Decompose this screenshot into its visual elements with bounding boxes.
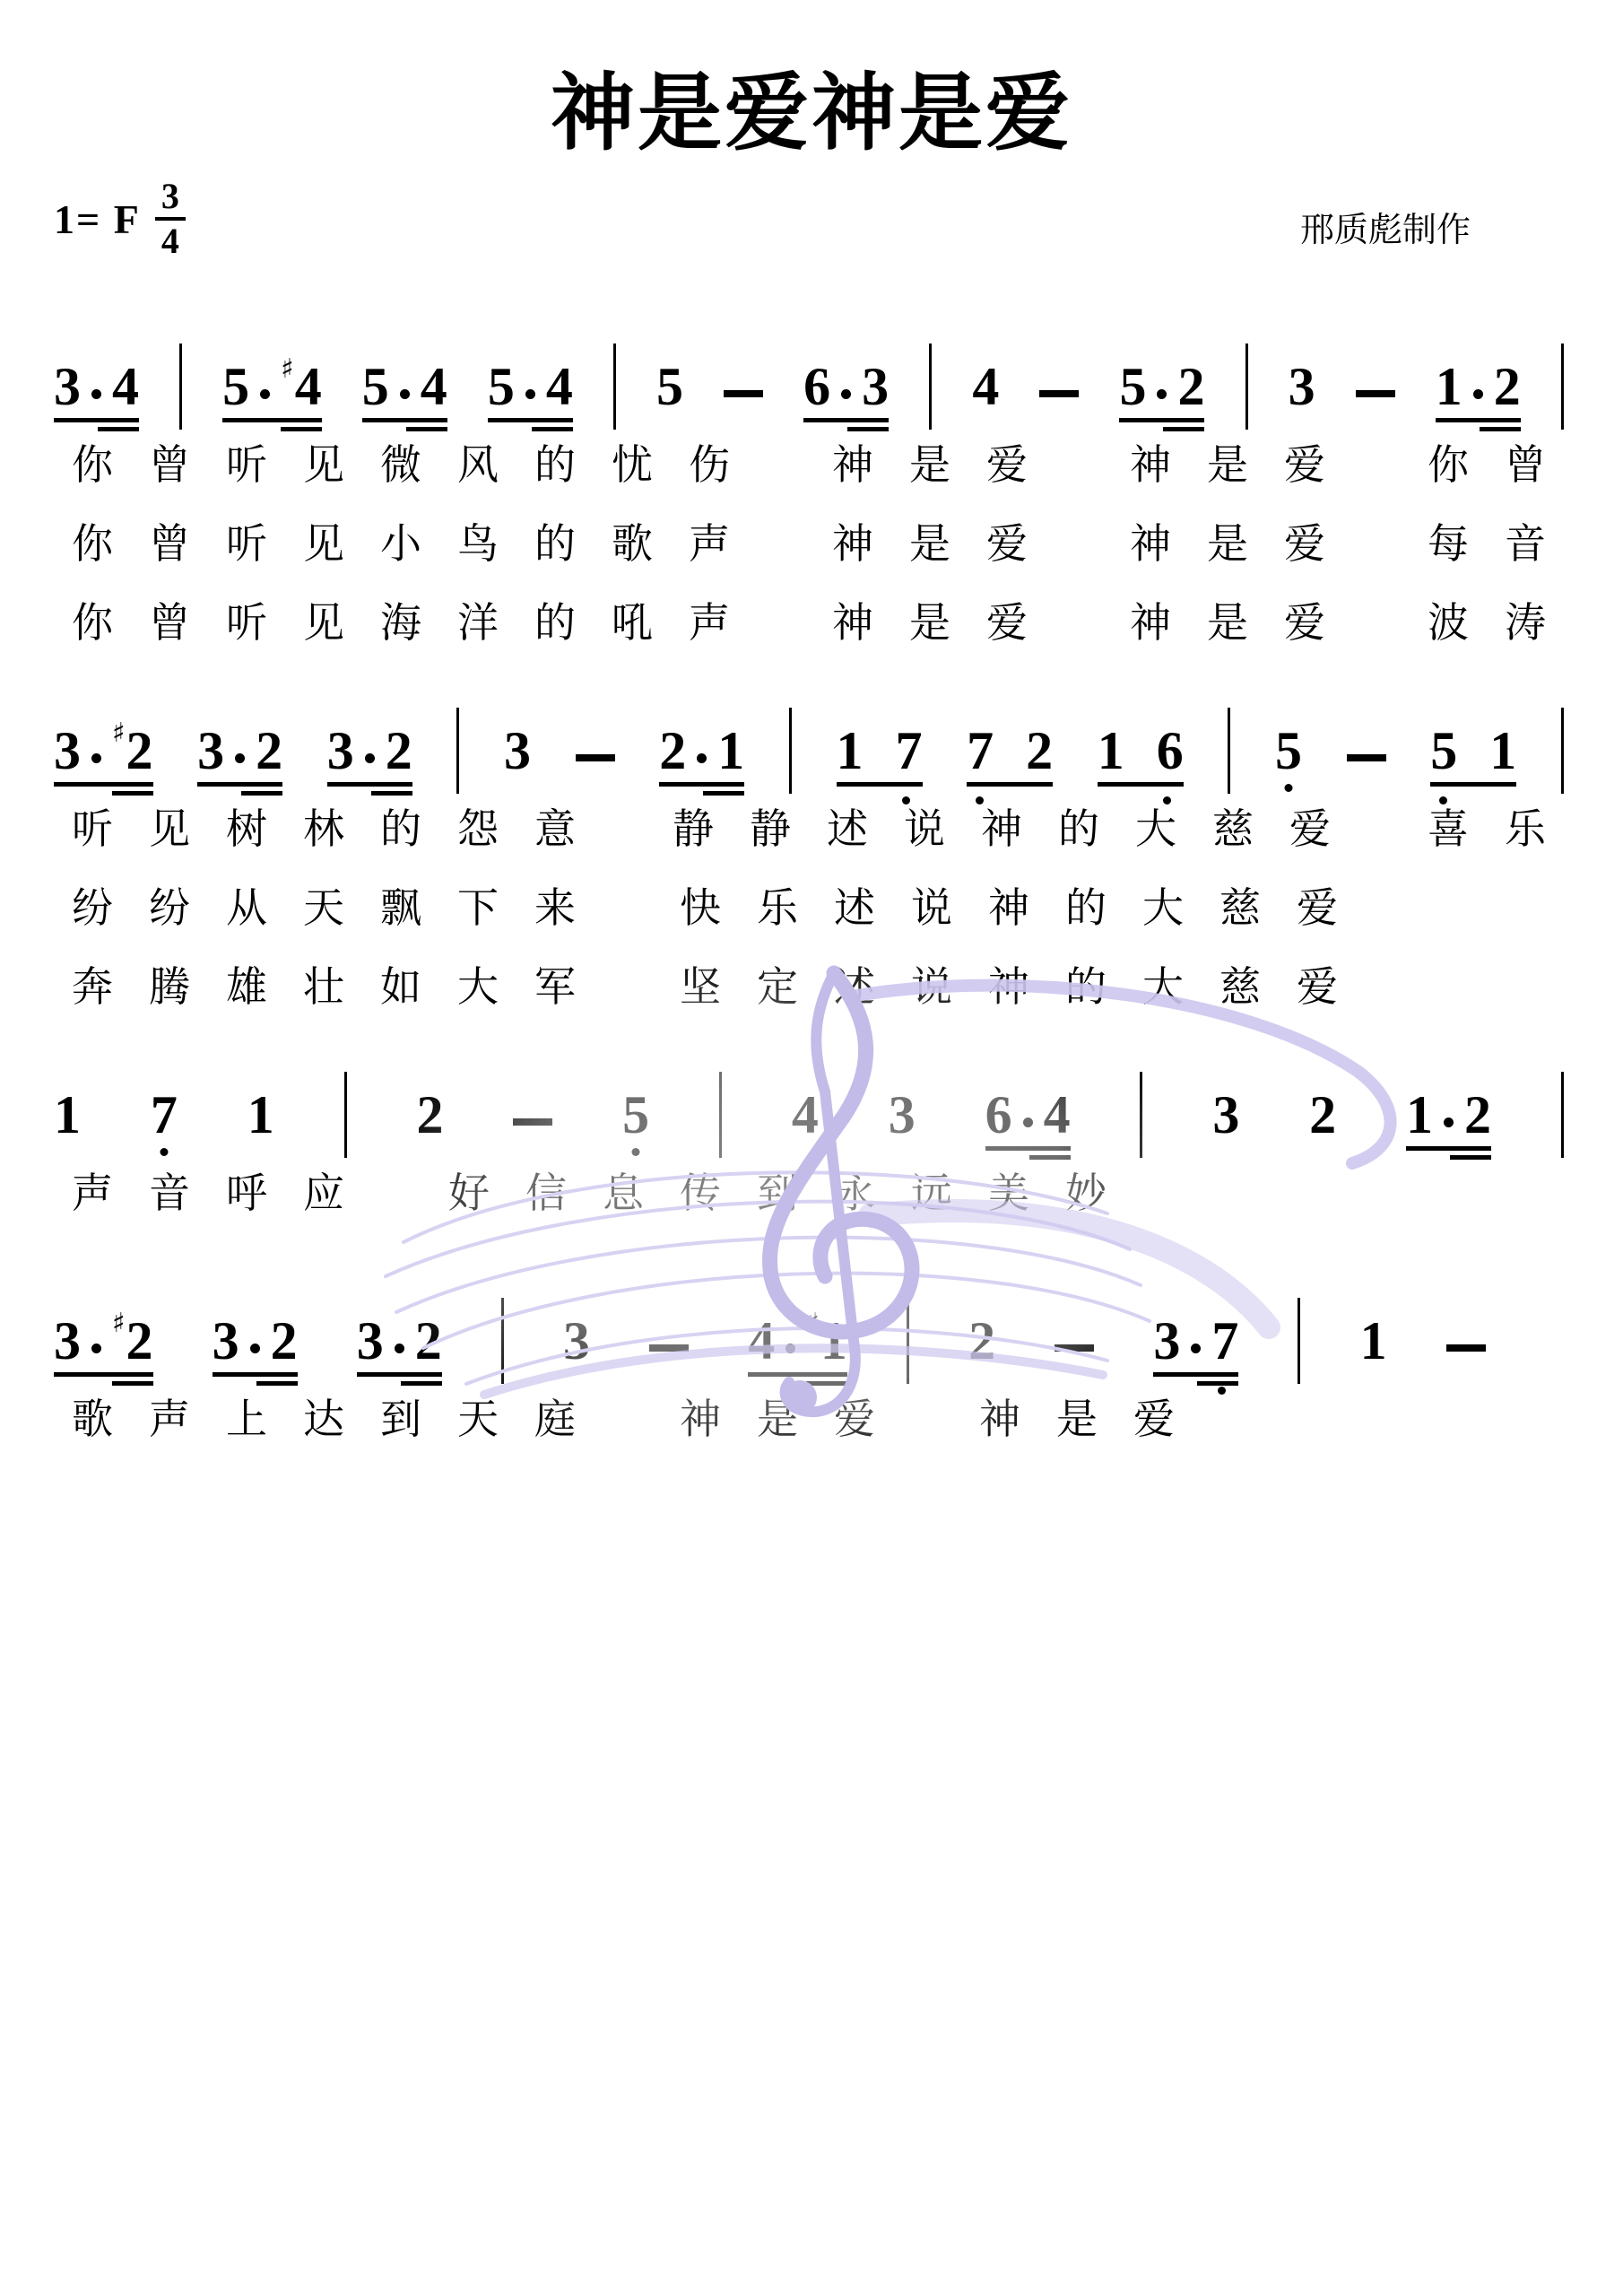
lyric-char: 爱 [1279, 964, 1356, 1010]
lyric-phrase: 你曾听见微风的忧伤 [54, 442, 748, 488]
lyric-row-1-2: 你曾听见小鸟的歌声神是爱神是爱每音 [54, 516, 1564, 571]
lyric-char: 爱 [1271, 806, 1349, 852]
barline [1228, 708, 1230, 794]
lyric-char: 应 [285, 1170, 362, 1216]
key-signature: 1= F [54, 196, 141, 243]
lyric-char: 歌 [594, 521, 671, 567]
note: 2 [1309, 1088, 1336, 1151]
lyric-char: 是 [1038, 1396, 1115, 1442]
lyric-char: 爱 [1266, 600, 1343, 646]
note-number: 4 [295, 360, 322, 413]
lyric-char: 林 [285, 806, 362, 852]
sixteenth-beam [371, 791, 412, 796]
sheet-music-page: 神是爱神是爱 1= F 3 4 邢质彪制作 345♯45454563452312… [0, 0, 1623, 2296]
note-number: 3 [54, 1314, 81, 1368]
lyric-char: 神 [970, 885, 1047, 931]
beamed-note-pair: 16 [1098, 724, 1184, 787]
lyric-char: 大 [1117, 806, 1194, 852]
lyric-char: 信 [508, 1170, 585, 1216]
dash-note [1356, 390, 1395, 422]
dotted-note-pair: 21 [659, 724, 744, 787]
note-number: 1 [1436, 360, 1462, 413]
low-octave-dot [632, 1148, 640, 1156]
barline [613, 344, 616, 430]
lyric-char: 声 [671, 600, 748, 646]
music-line-3: 1712543643212 [54, 1059, 1564, 1151]
note-number: 1 [1360, 1314, 1387, 1368]
note: 1 [247, 1088, 274, 1151]
dash-note [1446, 1344, 1486, 1377]
note-number: 3 [889, 1088, 916, 1142]
lyric-phrase: 喜乐 [1410, 806, 1564, 852]
sixteenth-beam [1163, 427, 1204, 431]
lyric-char: 是 [891, 600, 968, 646]
dotted-note-pair: 54 [488, 360, 573, 422]
note-number: 3 [54, 724, 81, 778]
barline [179, 344, 182, 430]
barline [1245, 344, 1248, 430]
lyric-char: 音 [1487, 521, 1564, 567]
lyric-char: 纷 [131, 885, 208, 931]
time-signature: 3 4 [155, 178, 186, 259]
note: 4 [972, 360, 999, 422]
augmentation-dot [1023, 1118, 1033, 1127]
sixteenth-beam [1029, 1155, 1071, 1160]
lyric-phrase: 神是爱 [1112, 521, 1343, 567]
note-number: 2 [415, 1314, 442, 1368]
lyric-char: 的 [1047, 885, 1124, 931]
sixteenth-beam [806, 1381, 847, 1386]
lyric-char: 神 [814, 521, 891, 567]
lyric-char: 静 [655, 806, 732, 852]
note-number: 4 [748, 1314, 775, 1368]
lyric-char: 雄 [208, 964, 285, 1010]
lyric-char: 是 [1189, 521, 1266, 567]
lyric-char: 的 [362, 806, 439, 852]
dotted-note-pair: 52 [1119, 360, 1204, 422]
time-signature-top: 3 [161, 178, 179, 214]
lyric-char: 你 [54, 521, 131, 567]
note-number: 2 [126, 724, 153, 778]
lyric-char: 大 [1124, 885, 1202, 931]
credit-text: 邢质彪制作 [1300, 202, 1471, 251]
note-number: 6 [1157, 724, 1184, 778]
lyric-char: 音 [131, 1170, 208, 1216]
lyric-phrase: 神是爱 [814, 442, 1046, 488]
barline [1298, 1298, 1300, 1384]
barline [1561, 1072, 1564, 1158]
note-number: 1 [837, 724, 864, 778]
lyric-char: 来 [516, 885, 594, 931]
lyric-char: 神 [961, 1396, 1038, 1442]
lyric-char: 风 [439, 442, 516, 488]
dash-note [724, 390, 763, 422]
lyric-char: 慈 [1202, 964, 1279, 1010]
lyric-char: 爱 [1266, 442, 1343, 488]
augmentation-dot [1473, 389, 1483, 399]
dotted-note-pair: 12 [1406, 1088, 1491, 1151]
lyric-char: 慈 [1202, 885, 1279, 931]
lyric-char: 爱 [816, 1396, 893, 1442]
note-number: 6 [803, 360, 830, 413]
note-number: 3 [197, 724, 224, 778]
barline [1561, 708, 1564, 794]
score: 345♯45454563452312你曾听见微风的忧伤神是爱神是爱你曾你曾听见小… [0, 331, 1623, 1447]
lyric-phrase: 听见树林的怨意 [54, 806, 594, 852]
barline [344, 1072, 347, 1158]
key-time-block: 1= F 3 4 [54, 178, 186, 259]
note: 3 [1212, 1088, 1239, 1151]
note-number: 3 [327, 724, 354, 778]
note: 3 [889, 1088, 916, 1151]
lyric-char: 是 [1189, 442, 1266, 488]
lyric-char: 喜 [1410, 806, 1487, 852]
sharp-icon: ♯ [112, 1310, 126, 1337]
lyric-char: 你 [54, 600, 131, 646]
lyric-char: 听 [208, 521, 285, 567]
note-number: 2 [386, 724, 412, 778]
barline [789, 708, 792, 794]
dotted-note-pair: 64 [985, 1088, 1071, 1151]
lyric-phrase: 好信息传到永远美妙 [430, 1170, 1124, 1216]
lyric-char: 快 [662, 885, 739, 931]
music-line-1: 345♯45454563452312 [54, 331, 1564, 422]
dash-note [513, 1118, 552, 1151]
lyric-char: 海 [362, 600, 439, 646]
note: 3 [1289, 360, 1315, 422]
lyric-phrase: 你曾 [1410, 442, 1564, 488]
lyric-phrase: 歌声上达到天庭 [54, 1396, 594, 1442]
lyric-char: 奔 [54, 964, 131, 1010]
lyric-phrase: 奔腾雄壮如大军 [54, 964, 594, 1010]
lyric-char: 军 [516, 964, 594, 1010]
dash-note [1055, 1344, 1094, 1377]
lyric-char: 静 [732, 806, 809, 852]
lyric-char: 飘 [362, 885, 439, 931]
lyric-char: 爱 [968, 600, 1046, 646]
lyric-char: 声 [671, 521, 748, 567]
barline [929, 344, 932, 430]
lyric-char: 声 [54, 1170, 131, 1216]
note-number: 3 [504, 724, 531, 778]
note: 2 [416, 1088, 443, 1151]
lyric-phrase: 神是爱 [961, 1396, 1193, 1442]
lyric-char: 说 [893, 964, 970, 1010]
dotted-note-pair: 12 [1436, 360, 1521, 422]
lyric-char: 怨 [439, 806, 516, 852]
lyric-char: 曾 [131, 521, 208, 567]
dotted-note-pair: 32 [327, 724, 412, 787]
lyric-char: 忧 [594, 442, 671, 488]
lyric-char: 达 [285, 1396, 362, 1442]
note-number: 2 [1309, 1088, 1336, 1142]
augmentation-dot [260, 389, 270, 399]
lyric-phrase: 快乐述说神的大慈爱 [662, 885, 1356, 931]
lyric-char: 神 [814, 600, 891, 646]
lyric-char: 听 [208, 442, 285, 488]
low-octave-dot [1163, 796, 1171, 804]
lyric-char: 听 [54, 806, 131, 852]
note-number: 1 [1098, 724, 1124, 778]
dotted-note-pair: 63 [803, 360, 889, 422]
lyric-char: 神 [1112, 600, 1189, 646]
note-number: 5 [362, 360, 389, 413]
note-number: 2 [271, 1314, 298, 1368]
lyric-char: 神 [1112, 521, 1189, 567]
music-line-4: 3♯2323234♯12371 [54, 1285, 1564, 1377]
lyric-char: 神 [1112, 442, 1189, 488]
sixteenth-beam [98, 427, 139, 431]
note: 5 [1275, 724, 1302, 787]
lyric-char: 妙 [1047, 1170, 1124, 1216]
augmentation-dot [400, 389, 410, 399]
lyric-phrase: 坚定述说神的大慈爱 [662, 964, 1356, 1010]
meta-row: 1= F 3 4 邢质彪制作 [0, 178, 1623, 259]
note-number: 5 [622, 1088, 649, 1142]
system-3: 1712543643212声音呼应好信息传到永远美妙 [54, 1059, 1564, 1221]
lyric-char: 的 [516, 600, 594, 646]
barline [1140, 1072, 1142, 1158]
lyric-char: 神 [662, 1396, 739, 1442]
lyric-char: 传 [662, 1170, 739, 1216]
sixteenth-beam [112, 1381, 153, 1386]
dotted-note-pair: 34 [54, 360, 139, 422]
lyric-char: 吼 [594, 600, 671, 646]
note-number: 2 [1177, 360, 1204, 413]
sharp-icon: ♯ [112, 720, 126, 747]
dotted-note-pair: 4♯1 [748, 1314, 847, 1377]
note-number: 5 [1430, 724, 1457, 778]
lyric-char: 纷 [54, 885, 131, 931]
augmentation-dot [250, 1344, 260, 1353]
note-number: 2 [1026, 724, 1053, 778]
lyric-char: 歌 [54, 1396, 131, 1442]
lyric-char: 微 [362, 442, 439, 488]
note-number: 7 [967, 724, 994, 778]
lyric-phrase: 静静述说神的大慈爱 [655, 806, 1349, 852]
sixteenth-beam [401, 1381, 442, 1386]
dash-note [1039, 390, 1079, 422]
lyric-phrase: 神是爱 [1112, 600, 1343, 646]
beamed-note-pair: 17 [837, 724, 923, 787]
lyric-char: 从 [208, 885, 285, 931]
note-number: 3 [213, 1314, 239, 1368]
system-4: 3♯2323234♯12371歌声上达到天庭神是爱神是爱 [54, 1285, 1564, 1447]
augmentation-dot [91, 389, 101, 399]
note-number: 5 [222, 360, 249, 413]
augmentation-dot [1444, 1118, 1454, 1127]
lyric-char: 声 [131, 1396, 208, 1442]
note-number: 4 [421, 360, 447, 413]
lyric-phrase: 神是爱 [814, 600, 1046, 646]
lyric-char: 神 [814, 442, 891, 488]
barline [907, 1298, 909, 1384]
lyric-char: 的 [516, 442, 594, 488]
lyric-char: 爱 [1266, 521, 1343, 567]
lyric-char: 每 [1410, 521, 1487, 567]
low-octave-dot [1285, 784, 1293, 792]
lyric-row-4-1: 歌声上达到天庭神是爱神是爱 [54, 1391, 1564, 1447]
sixteenth-beam [1197, 1381, 1238, 1386]
lyric-char: 天 [285, 885, 362, 931]
lyric-row-3-1: 声音呼应好信息传到永远美妙 [54, 1165, 1564, 1221]
low-octave-dot [160, 1148, 168, 1156]
lyric-char: 述 [809, 806, 886, 852]
sixteenth-beam [703, 791, 744, 796]
dotted-note-pair: 3♯2 [54, 724, 153, 787]
note-number: 4 [972, 360, 999, 413]
lyric-row-2-3: 奔腾雄壮如大军坚定述说神的大慈爱 [54, 959, 1564, 1014]
lyric-char: 永 [816, 1170, 893, 1216]
note-number: 2 [126, 1314, 153, 1368]
barline [456, 708, 459, 794]
barline [719, 1072, 722, 1158]
note: 2 [968, 1314, 995, 1377]
note-number: 3 [1212, 1088, 1239, 1142]
lyric-char: 洋 [439, 600, 516, 646]
dotted-note-pair: 32 [197, 724, 282, 787]
lyric-char: 上 [208, 1396, 285, 1442]
note-number: 5 [656, 360, 683, 413]
lyric-char: 述 [816, 885, 893, 931]
lyric-char: 好 [430, 1170, 508, 1216]
lyric-char: 的 [516, 521, 594, 567]
sixteenth-beam [847, 427, 889, 431]
lyric-char: 乐 [739, 885, 816, 931]
lyric-char: 到 [362, 1396, 439, 1442]
lyric-phrase: 神是爱 [1112, 442, 1343, 488]
lyric-char: 伤 [671, 442, 748, 488]
lyric-char: 意 [516, 806, 594, 852]
lyric-phrase: 声音呼应 [54, 1170, 362, 1216]
lyric-row-1-3: 你曾听见海洋的吼声神是爱神是爱波涛 [54, 595, 1564, 650]
lyric-char: 见 [285, 600, 362, 646]
lyric-row-1-1: 你曾听见微风的忧伤神是爱神是爱你曾 [54, 437, 1564, 492]
note: 5 [622, 1088, 649, 1151]
note-number: 4 [546, 360, 573, 413]
dotted-note-pair: 54 [362, 360, 447, 422]
barline [501, 1298, 504, 1384]
augmentation-dot [235, 753, 245, 763]
note-number: 3 [1289, 360, 1315, 413]
note-number: 2 [968, 1314, 995, 1368]
augmentation-dot [91, 1344, 101, 1353]
lyric-char: 是 [891, 442, 968, 488]
lyric-char: 曾 [131, 442, 208, 488]
note-number: 2 [416, 1088, 443, 1142]
sixteenth-beam [256, 1381, 298, 1386]
note-number: 2 [1494, 360, 1521, 413]
augmentation-dot [697, 753, 707, 763]
note: 5 [656, 360, 683, 422]
final-barline [1545, 1298, 1564, 1384]
music-line-2: 3♯23232321177216551 [54, 695, 1564, 787]
lyric-char: 见 [131, 806, 208, 852]
lyric-char: 树 [208, 806, 285, 852]
lyric-char: 爱 [968, 442, 1046, 488]
sharp-icon: ♯ [281, 356, 294, 383]
lyric-char: 呼 [208, 1170, 285, 1216]
note: 7 [151, 1088, 178, 1151]
note-number: 4 [1044, 1088, 1071, 1142]
note-number: 1 [54, 1088, 81, 1142]
dotted-note-pair: 37 [1153, 1314, 1238, 1377]
note-number: 3 [563, 1314, 590, 1368]
sixteenth-beam [1480, 427, 1521, 431]
lyric-char: 是 [739, 1396, 816, 1442]
lyric-char: 坚 [662, 964, 739, 1010]
note-number: 4 [112, 360, 139, 413]
lyric-char: 远 [893, 1170, 970, 1216]
sharp-icon: ♯ [806, 1310, 820, 1337]
lyric-char: 你 [1410, 442, 1487, 488]
lyric-phrase: 你曾听见小鸟的歌声 [54, 521, 748, 567]
augmentation-dot [841, 389, 851, 399]
note-number: 5 [488, 360, 515, 413]
lyric-char: 你 [54, 442, 131, 488]
barline [1561, 344, 1564, 430]
lyric-char: 是 [891, 521, 968, 567]
sixteenth-beam [241, 791, 282, 796]
lyric-char: 神 [970, 964, 1047, 1010]
sixteenth-beam [532, 427, 573, 431]
augmentation-dot [365, 753, 375, 763]
note: 4 [792, 1088, 819, 1151]
dotted-note-pair: 32 [213, 1314, 298, 1377]
lyric-char: 神 [963, 806, 1040, 852]
lyric-char: 涛 [1487, 600, 1564, 646]
sixteenth-beam [406, 427, 447, 431]
note-number: 7 [1211, 1314, 1238, 1368]
lyric-phrase: 你曾听见海洋的吼声 [54, 600, 748, 646]
low-octave-dot [902, 796, 910, 804]
note-number: 4 [792, 1088, 819, 1142]
note: 3 [504, 724, 531, 787]
note-number: 3 [862, 360, 889, 413]
lyric-char: 的 [1047, 964, 1124, 1010]
lyric-char: 大 [439, 964, 516, 1010]
note-number: 1 [247, 1088, 274, 1142]
dotted-note-pair: 32 [357, 1314, 442, 1377]
note: 1 [1360, 1314, 1387, 1377]
lyric-char: 波 [1410, 600, 1487, 646]
note-number: 5 [1275, 724, 1302, 778]
lyric-char: 壮 [285, 964, 362, 1010]
lyric-phrase: 纷纷从天飘下来 [54, 885, 594, 931]
lyric-char: 听 [208, 600, 285, 646]
lyric-char: 下 [439, 885, 516, 931]
note-number: 7 [151, 1088, 178, 1142]
augmentation-dot [1157, 389, 1167, 399]
dotted-note-pair: 5♯4 [222, 360, 322, 422]
augmentation-dot [785, 1344, 795, 1353]
note-number: 2 [1464, 1088, 1491, 1142]
lyric-char: 大 [1124, 964, 1202, 1010]
lyric-char: 爱 [1279, 885, 1356, 931]
sixteenth-beam [281, 427, 322, 431]
note: 1 [54, 1088, 81, 1151]
lyric-char: 曾 [131, 600, 208, 646]
lyric-char: 到 [739, 1170, 816, 1216]
lyric-char: 述 [816, 964, 893, 1010]
lyric-char: 说 [886, 806, 963, 852]
lyric-char: 爱 [968, 521, 1046, 567]
lyric-phrase: 神是爱 [814, 521, 1046, 567]
lyric-char: 美 [970, 1170, 1047, 1216]
song-title: 神是爱神是爱 [0, 45, 1623, 166]
system-1: 345♯45454563452312你曾听见微风的忧伤神是爱神是爱你曾你曾听见小… [54, 331, 1564, 650]
dash-note [576, 754, 615, 787]
